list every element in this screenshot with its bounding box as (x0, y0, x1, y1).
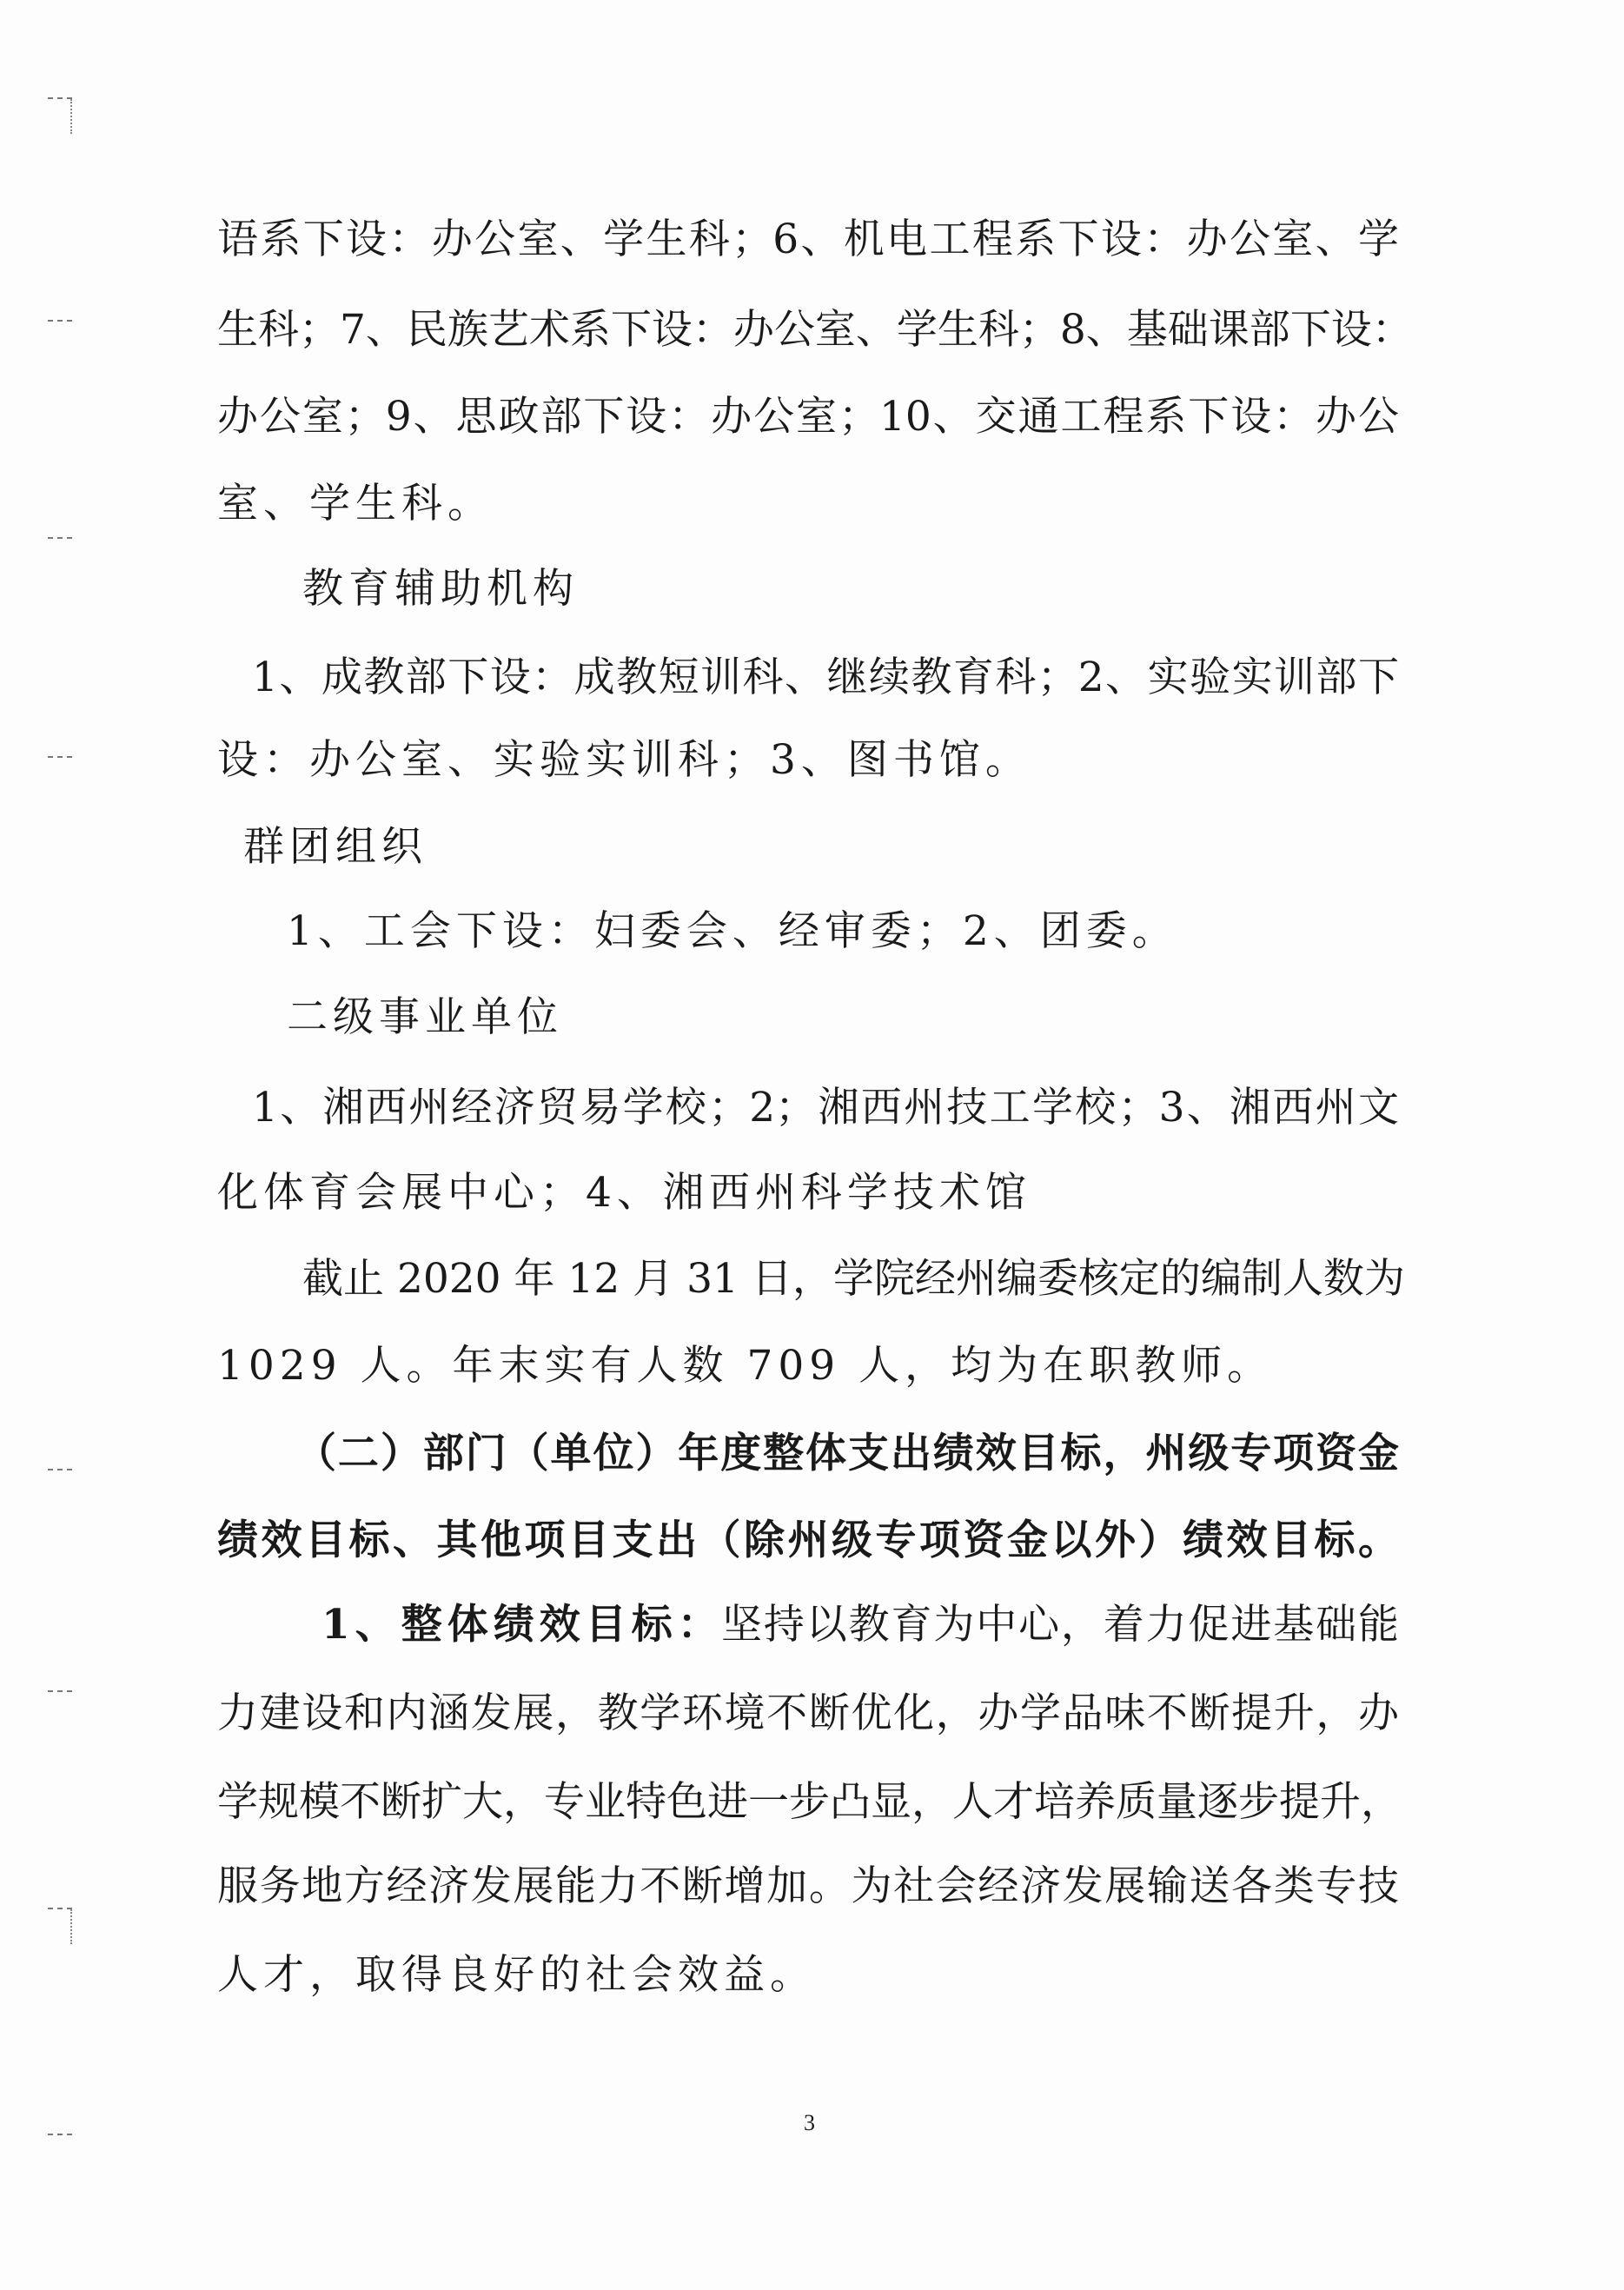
section-heading: 教育辅助机构 (302, 563, 1484, 615)
subheading-bold: 1、整体绩效目标： (321, 1599, 724, 1651)
body-line: 室、学生科。 (217, 478, 1399, 530)
body-line: 语系下设：办公室、学生科；6、机电工程系下设：办公室、学 (217, 214, 1399, 266)
body-line: 1、湘西州经济贸易学校；2；湘西州技工学校；3、湘西州文 (252, 1082, 1399, 1134)
binding-mark (48, 1469, 72, 1470)
body-line: 人才，取得良好的社会效益。 (217, 1949, 1399, 2001)
body-line: 1、成教部下设：成教短训科、继续教育科；2、实验实训部下 (252, 652, 1399, 704)
body-line: 坚持以教育为中心，着力促进基础能 (721, 1599, 1399, 1651)
body-line: 设：办公室、实验实训科；3、图书馆。 (217, 734, 1399, 787)
body-line: 学规模不断扩大，专业特色进一步凸显，人才培养质量逐步提升， (217, 1776, 1399, 1829)
body-line: 1、工会下设：妇委会、经审委；2、团委。 (287, 906, 1468, 958)
body-line: 1029 人。年末实有人数 709 人，均为在职教师。 (217, 1340, 1399, 1392)
section-heading: 群团组织 (243, 821, 1425, 873)
body-line: 截止 2020 年 12 月 31 日，学院经州编委核定的编制人数为 (302, 1253, 1399, 1305)
section-heading-bold: 绩效目标、其他项目支出（除州级专项资金以外）绩效目标。 (217, 1515, 1399, 1567)
body-line: 生科；7、民族艺术系下设：办公室、学生科；8、基础课部下设： (217, 304, 1399, 356)
document-page: 语系下设：办公室、学生科；6、机电工程系下设：办公室、学 生科；7、民族艺术系下… (0, 0, 1624, 2290)
binding-mark (48, 2134, 72, 2135)
section-heading: 二级事业单位 (287, 992, 1468, 1044)
body-line: 力建设和内涵发展，教学环境不断优化，办学品味不断提升，办 (217, 1688, 1399, 1740)
binding-mark (48, 1908, 72, 1909)
binding-mark (48, 537, 72, 539)
body-line: 办公室；9、思政部下设：办公室；10、交通工程系下设：办公 (217, 391, 1399, 443)
binding-mark (48, 756, 72, 758)
body-line: 服务地方经济发展能力不断增加。为社会经济发展输送各类专技 (217, 1861, 1399, 1913)
binding-mark (48, 97, 72, 99)
binding-mark (48, 320, 72, 322)
binding-mark (48, 1690, 72, 1692)
body-line: 化体育会展中心；4、湘西州科学技术馆 (217, 1167, 1399, 1219)
section-heading-bold: （二）部门（单位）年度整体支出绩效目标，州级专项资金 (295, 1428, 1399, 1480)
page-number: 3 (804, 2110, 815, 2136)
